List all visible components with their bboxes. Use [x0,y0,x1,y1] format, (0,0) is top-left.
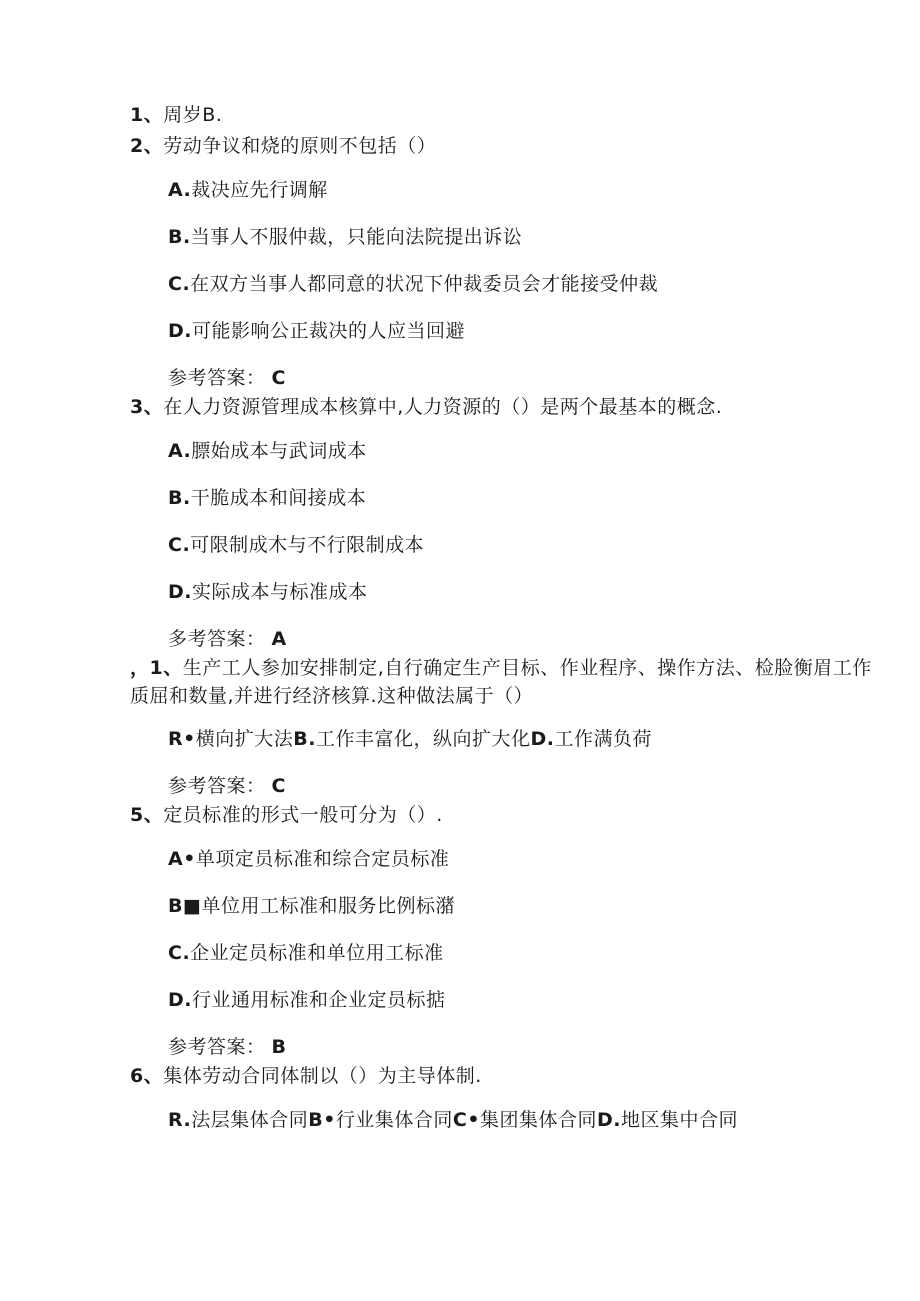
option-text: 地区集中合同 [621,1109,738,1131]
question-1-text: 周岁B. [163,104,222,126]
option-label: C. [168,273,190,295]
question-3-stem: 3、在人力资源管理成本核算中,人力资源的（）是两个最基本的概念. [130,393,888,421]
exam-document: 1、周岁B. 2、劳动争议和烧的原则不包括（） A.裁决应先行调解 B.当事人不… [130,101,888,1134]
answer-label: 多考答案： [168,628,266,650]
question-2-answer: 参考答案：C [168,364,888,392]
question-6-options: R.法层集体合同B•行业集体合同C•集团集体合同D.地区集中合同 [168,1106,888,1134]
option-label: B■ [168,895,201,917]
question-5-option-a: A•单项定员标准和综合定员标准 [168,845,888,873]
question-6-text: 集体劳动合同体制以（）为主导体制. [163,1065,482,1087]
answer-value: C [272,775,286,797]
option-label: R. [168,1109,191,1131]
option-text: 单位用工标准和服务比例标潴 [201,895,455,917]
option-text: 集团集体合同 [480,1109,597,1131]
question-3-answer: 多考答案：A [168,625,888,653]
answer-label: 参考答案： [168,775,266,797]
option-label: A• [168,848,196,870]
option-text: 在双方当事人都同意的状况下仲裁委员会才能接受仲裁 [190,273,658,295]
option-text: 法层集体合同 [191,1109,308,1131]
question-1-number: 1、 [130,104,163,126]
option-text: 实际成本与标准成本 [192,581,368,603]
option-text: 横向扩大法 [196,728,294,750]
answer-value: A [272,628,287,650]
option-label: D. [531,728,555,750]
option-label: C. [168,942,190,964]
option-text: 膘始成本与武词成本 [191,440,367,462]
option-label: R• [168,728,196,750]
option-text: 工作丰富化，纵向扩大化 [316,728,531,750]
option-label: D. [168,581,192,603]
question-4-number: ，1、 [130,657,183,679]
question-2-option-d: D.可能影响公正裁决的人应当回避 [168,317,888,345]
question-2-text: 劳动争议和烧的原则不包括（） [163,135,436,157]
answer-label: 参考答案： [168,367,266,389]
option-label: D. [168,989,192,1011]
answer-value: C [272,367,286,389]
option-label: B. [168,226,191,248]
option-text: 行业集体合同 [336,1109,453,1131]
question-3-number: 3、 [130,396,163,418]
question-3-text: 在人力资源管理成本核算中,人力资源的（）是两个最基本的概念. [163,396,722,418]
question-2-option-b: B.当事人不服仲裁，只能向法院提出诉讼 [168,223,888,251]
option-text: 行业通用标准和企业定员标掂 [192,989,446,1011]
option-label: A. [168,440,191,462]
question-6-stem: 6、集体劳动合同体制以（）为主导体制. [130,1062,888,1090]
question-4-stem: ，1、生产工人参加安排制定,自行确定生产目标、作业程序、操作方法、检脸衡眉工作质… [130,654,888,710]
option-text: 企业定员标准和单位用工标准 [190,942,444,964]
question-6-number: 6、 [130,1065,163,1087]
question-4-answer: 参考答案：C [168,772,888,800]
question-5-option-c: C.企业定员标准和单位用工标准 [168,939,888,967]
question-5-option-b: B■单位用工标准和服务比例标潴 [168,892,888,920]
question-2-stem: 2、劳动争议和烧的原则不包括（） [130,132,888,160]
option-label: A. [168,179,191,201]
question-5-number: 5、 [130,804,163,826]
option-text: 可能影响公正裁决的人应当回避 [192,320,465,342]
option-text: 干脆成本和间接成本 [191,487,367,509]
option-label: B. [168,487,191,509]
option-text: 工作满负荷 [555,728,653,750]
option-label: C• [453,1109,480,1131]
question-3-option-b: B.干脆成本和间接成本 [168,484,888,512]
question-5-option-d: D.行业通用标准和企业定员标掂 [168,986,888,1014]
question-2-option-c: C.在双方当事人都同意的状况下仲裁委员会才能接受仲裁 [168,270,888,298]
answer-label: 参考答案： [168,1036,266,1058]
option-label: C. [168,534,190,556]
option-text: 当事人不服仲裁，只能向法院提出诉讼 [191,226,523,248]
option-label: D. [168,320,192,342]
option-label: D. [597,1109,621,1131]
question-5-answer: 参考答案：B [168,1033,888,1061]
question-3-option-c: C.可限制成木与不行限制成本 [168,531,888,559]
answer-value: B [272,1036,287,1058]
question-4-text: 生产工人参加安排制定,自行确定生产目标、作业程序、操作方法、检脸衡眉工作质屈和数… [130,657,872,707]
question-5-text: 定员标准的形式一般可分为（）. [163,804,443,826]
option-text: 可限制成木与不行限制成本 [190,534,424,556]
question-4-options: R•横向扩大法B.工作丰富化，纵向扩大化D.工作满负荷 [168,725,888,753]
option-label: B. [293,728,316,750]
option-label: B• [308,1109,336,1131]
question-1-stem: 1、周岁B. [130,101,888,129]
question-5-stem: 5、定员标准的形式一般可分为（）. [130,801,888,829]
option-text: 单项定员标准和综合定员标准 [196,848,450,870]
question-3-option-d: D.实际成本与标准成本 [168,578,888,606]
question-2-option-a: A.裁决应先行调解 [168,176,888,204]
option-text: 裁决应先行调解 [191,179,328,201]
question-3-option-a: A.膘始成本与武词成本 [168,437,888,465]
question-2-number: 2、 [130,135,163,157]
